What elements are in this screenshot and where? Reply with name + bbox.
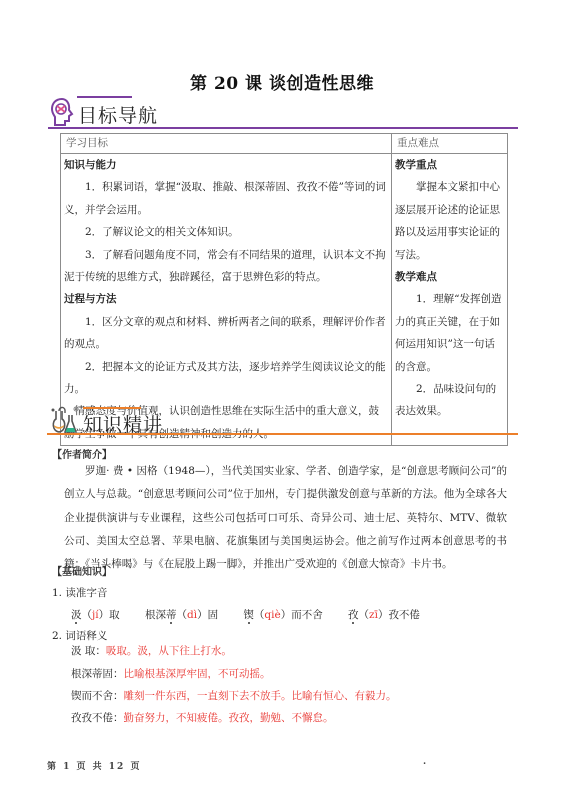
goals-item: 3．了解看问题角度不同，常会有不同结果的道理，认识本文不拘泥于传统的思维方式，独… (64, 244, 388, 289)
section-topline (83, 407, 141, 409)
goals-table: 学习目标 重点难点 知识与能力 1．积累词语，掌握“汲取、推敲、根深蒂固、孜孜不… (60, 133, 508, 446)
pron-item: 孜（zī）孜不倦 (348, 609, 420, 621)
vocab-definition: 勤奋努力，不知疲倦。孜孜，勤勉、不懈怠。 (124, 712, 334, 724)
section-header-knowledge: 知识精讲 (50, 405, 518, 437)
author-paragraph: 罗迦· 费 • 因格（1948—），当代美国实业家、学者、创造学家，是“创意思考… (64, 460, 507, 576)
key-title: 教学重点 (395, 154, 504, 176)
pinyin: zī (369, 609, 378, 621)
vocab-title: 2. 词语释义 (52, 628, 107, 643)
goals-item: 1．积累词语，掌握“汲取、推敲、根深蒂固、孜孜不倦”等词的词义，并学会运用。 (64, 176, 388, 221)
pinyin: qiè (264, 609, 280, 621)
goals-item: 2．了解议论文的相关文体知识。 (64, 221, 388, 243)
table-header-row: 学习目标 重点难点 (61, 134, 508, 154)
learning-goals-cell: 知识与能力 1．积累词语，掌握“汲取、推敲、根深蒂固、孜孜不倦”等词的词义，并学… (61, 154, 392, 446)
header-learning-goals: 学习目标 (61, 134, 392, 154)
section-topline (77, 96, 132, 98)
pron-item: 汲（jí）取 (71, 609, 123, 621)
dotted-char: 锲 (243, 609, 254, 621)
vocab-item: 根深蒂固：比喻根基深厚牢固，不可动摇。 (71, 666, 271, 681)
page-title: 第 20 课 谈创造性思维 (0, 69, 564, 94)
page-number: 第 1 页 共 12 页 (47, 759, 141, 772)
pronunciation-row: 汲（jí）取 根深蒂（dì）固 锲（qiè）而不舍 孜（zī）孜不倦 (71, 607, 420, 622)
goals-item: 1．区分文章的观点和材料、辨析两者之间的联系，理解评价作者的观点。 (64, 311, 388, 356)
key-text: 掌握本文紧扣中心逐层展开论述的论证思路以及运用事实论证的写法。 (395, 176, 504, 266)
vocab-item: 锲而不舍：雕刻一件东西，一直刻下去不放手。比喻有恒心、有毅力。 (71, 688, 397, 703)
goals-block1-title: 知识与能力 (64, 154, 388, 176)
pron-item: 根深蒂（dì）固 (145, 609, 221, 621)
section-underline (48, 127, 518, 129)
goals-item: 2．把握本文的论证方式及其方法，逐步培养学生阅读议论文的能力。 (64, 356, 388, 401)
difficulty-title: 教学难点 (395, 266, 504, 288)
brain-head-icon (50, 97, 74, 125)
key-points-cell: 教学重点 掌握本文紧扣中心逐层展开论述的论证思路以及运用事实论证的写法。 教学难… (392, 154, 508, 446)
vocab-definition: 吸取。汲，从下往上打水。 (106, 645, 232, 657)
vocab-definition: 雕刻一件东西，一直刻下去不放手。比喻有恒心、有毅力。 (124, 690, 397, 702)
footer-mark: . (423, 757, 428, 767)
pron-item: 锲（qiè）而不舍 (243, 609, 326, 621)
header-key-points: 重点难点 (392, 134, 508, 154)
difficulty-item: 1．理解“发挥创造力的真正关键，在于如何运用知识”这一句话的含意。 (395, 288, 504, 378)
table-row: 知识与能力 1．积累词语，掌握“汲取、推敲、根深蒂固、孜孜不倦”等词的词义，并学… (61, 154, 508, 446)
vocab-term: 根深蒂固： (71, 668, 124, 680)
vocab-term: 汲 取： (71, 645, 106, 657)
vocab-term: 锲而不舍： (71, 690, 124, 702)
goals-block2-title: 过程与方法 (64, 288, 388, 310)
dotted-char: 汲 (71, 609, 82, 621)
pronunciation-title: 1. 读准字音 (52, 585, 107, 600)
author-heading: 【作者简介】 (52, 446, 112, 461)
section-title: 目标导航 (78, 101, 158, 128)
pinyin: dì (187, 609, 197, 621)
dotted-char: 孜 (348, 609, 359, 621)
basics-heading: 【基础知识】 (52, 563, 112, 578)
vocab-term: 孜孜不倦： (71, 712, 124, 724)
section-header-goals: 目标导航 (48, 96, 518, 130)
section-underline (47, 433, 518, 435)
vocab-item: 汲 取：吸取。汲，从下往上打水。 (71, 643, 232, 658)
pinyin: jí (92, 609, 99, 621)
lab-flask-icon (50, 405, 82, 433)
vocab-definition: 比喻根基深厚牢固，不可动摇。 (124, 668, 271, 680)
vocab-item: 孜孜不倦：勤奋努力，不知疲倦。孜孜，勤勉、不懈怠。 (71, 710, 334, 725)
dotted-char: 蒂 (166, 609, 177, 621)
